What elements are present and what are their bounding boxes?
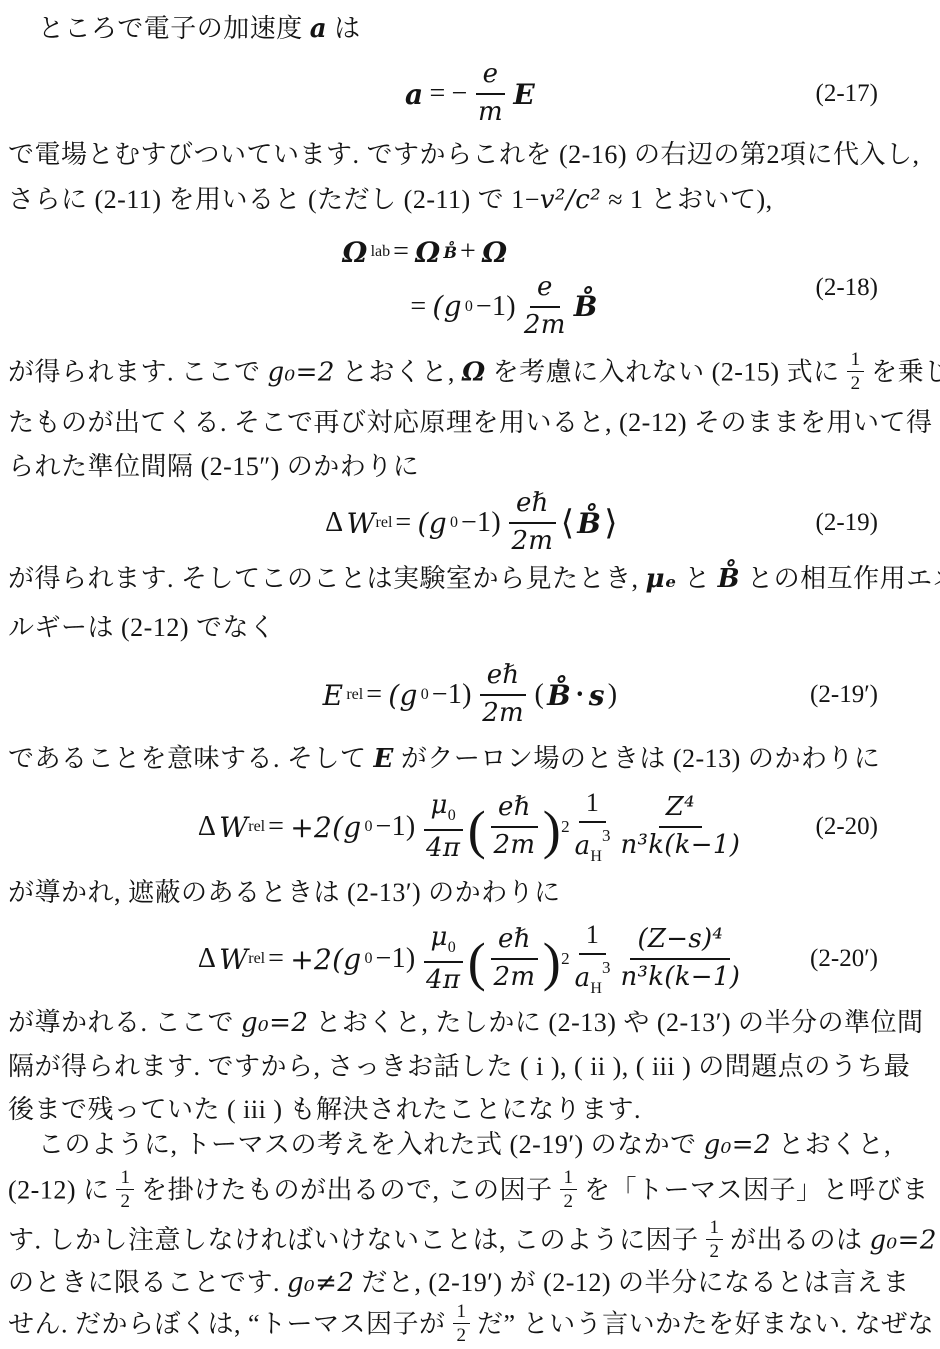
equation-2-19-prime: Erel = (g0−1) eℏ 2m (B̊·s) (2-19′) [0,656,940,734]
text-segment: このように, トーマスの考えを入れた式 (2-19′) のなかで [38,1130,704,1159]
denominator: 2 [120,1190,130,1212]
numerator: μ0 [424,922,463,962]
text-line-16: す. しかし注意しなければいけないことは, このように因子12が出るのは g₀=… [8,1220,936,1266]
denominator: n³k(k−1) [620,828,740,861]
math-var-W: W [219,943,248,976]
math-var-omega: Ω [482,236,507,269]
text-segment: が導かれ, 遮蔽のあるときは (2-13′) のかわりに [8,878,561,907]
text-segment: を乗じ [871,358,940,387]
open-paren-g: (g [388,679,417,712]
text-segment: と [677,564,718,593]
fraction-1-over-aH3: 1 aH3 [575,920,611,998]
text-segment: とおくと, [335,358,462,387]
text-line-17: のときに限ることです. g₀≠2 だと, (2-19′) が (2-12) の半… [8,1266,936,1300]
subscript-B-ring: B̊ [443,243,457,262]
math-inline-g0: g₀=2 [870,1226,937,1256]
denominator: m [478,95,503,128]
math-var-omega: Ω [415,236,440,269]
subscript-0: 0 [421,686,429,704]
text-line-6: られた準位間隔 (2-15″) のかわりに [8,450,936,484]
math-var-omega: Ω [342,236,367,269]
numerator: eℏ [491,793,538,828]
text-segment: とおくと, [771,1130,891,1159]
inline-fraction-half: 12 [453,1301,471,1347]
subscript-lab: lab [371,243,391,261]
text-segment: さらに (2-11) を用いると (ただし (2-11) で [8,185,511,214]
numerator: 1 [579,920,606,955]
plus-2-open-paren-g: +2(g [290,811,361,844]
text-segment: ルギーは (2-12) でなく [8,613,275,642]
open-paren-g: (g [432,290,461,323]
fraction-Zs4-over-n3k: (Z−s)⁴ n³k(k−1) [620,925,740,993]
equation-2-17: a = − e m E (2-17) [0,52,940,136]
denominator: aH3 [575,955,611,998]
math-var-E: E [323,679,344,712]
numerator: 1 [706,1217,724,1240]
delta-symbol: Δ [325,507,343,539]
math-var-B-ring: B̊ [577,507,601,540]
text-segment: とおいて), [644,185,773,214]
equation-2-19: ΔWrel = (g0−1) eℏ 2m ⟨B̊⟩ (2-19) [0,486,940,560]
equation-number-2-19: (2-19) [816,509,878,537]
open-paren: ( [534,679,544,711]
subscript-0: 0 [465,298,473,316]
text-segment: が出るのは [730,1226,870,1255]
text-line-12: 隔が得られます. ですから, さっきお話した ( i ), ( ii ), ( … [8,1050,936,1084]
text-segment: を「トーマス因子」と呼びま [584,1176,929,1205]
subscript-H: H [590,848,602,865]
numerator: 1 [453,1301,471,1324]
subscript-rel: rel [346,686,363,704]
text-segment: がクーロン場のときは (2-13) のかわりに [394,744,880,773]
numerator: 1 [560,1167,578,1190]
fraction-Z4-over-n3k: Z⁴ n³k(k−1) [620,793,740,861]
textbook-page: ところで電子の加速度 a は a = − e m E (2-17) で電場とむす… [0,0,940,1349]
inline-fraction-half: 12 [116,1167,134,1213]
denominator: n³k(k−1) [620,960,740,993]
equals-sign: = [366,679,382,711]
math-var-s: s [589,679,605,712]
math-inline-g0: g₀=2 [241,1008,308,1038]
text-segment: 後まで残っていた ( iii ) も解決されたことになります. [8,1095,641,1124]
text-segment: が導かれる. ここで [8,1008,241,1037]
text-segment: は [327,14,361,43]
math-var-mu: μ [431,922,448,952]
equals-sign: = [268,943,284,975]
math-inline-g0: g₀=2 [704,1130,771,1160]
numerator: eℏ [480,661,527,696]
equation-number-2-19-prime: (2-19′) [810,681,878,709]
exponent-2: 2 [561,817,570,837]
equation-number-2-20-prime: (2-20′) [810,945,878,973]
denominator: 2m [494,960,536,993]
equation-number-2-17: (2-17) [816,80,878,108]
denominator: 4π [426,831,460,864]
subscript-0: 0 [448,807,456,824]
text-segment: たものが出てくる. そこで再び対応原理を用いると, (2-12) そのままを用い… [8,408,932,437]
math-var-E: E [513,78,535,111]
equation-line-1: Ωlab = ΩB̊ + Ω [339,236,510,269]
text-line-9: であることを意味する. そして E がクーロン場のときは (2-13) のかわり… [8,742,936,776]
open-paren-g: (g [418,507,447,540]
delta-symbol: Δ [198,943,216,975]
fraction-e-over-2m: e 2m [524,273,566,341]
equals-sign: = [268,811,284,843]
numerator: e [476,60,506,95]
math-var-W: W [219,811,248,844]
minus-one-paren: −1) [376,811,416,843]
inline-fraction-half: 12 [847,349,865,395]
text-segment: であることを意味する. そして [8,744,374,773]
text-line-1: ところで電子の加速度 a は [8,12,936,46]
fraction-1-over-aH3: 1 aH3 [575,788,611,866]
numerator: eℏ [491,925,538,960]
exponent-2: 2 [561,949,570,969]
denominator: 4π [426,963,460,996]
text-line-7: が得られます. そしてこのことは実験室から見たとき, μₑ と B̊ との相互作… [8,562,936,596]
text-segment: を掛けたものが出るので, この因子 [141,1176,553,1205]
text-line-4: が得られます. ここで g₀=2 とおくと, Ω を考慮に入れない (2-15)… [8,352,936,398]
minus-one-paren: −1) [476,291,516,323]
numerator: μ0 [424,790,463,830]
math-var-B-ring: B̊ [718,564,740,594]
equation-number-2-18: (2-18) [816,274,878,302]
denominator: 2 [457,1324,467,1346]
fraction-ehbar-over-2m: eℏ 2m [491,925,538,993]
math-inline: 1− [511,185,540,214]
numerator: 1 [847,349,865,372]
math-var-a: a [310,14,327,44]
denominator: 2 [710,1240,720,1262]
denominator: 2 [564,1190,574,1212]
text-segment: だ” という言いかたを好まない. なぜな [477,1310,934,1339]
subscript-rel: rel [248,818,265,836]
numerator: Z⁴ [659,793,702,828]
minus-one-paren: −1) [461,507,501,539]
text-segment: を考慮に入れない (2-15) 式に [486,358,840,387]
math-inline-g0: g₀=2 [268,358,335,388]
fraction-ehbar-over-2m: eℏ 2m [509,489,556,557]
text-line-15: (2-12) に12を掛けたものが出るので, この因子12を「トーマス因子」と呼… [8,1170,936,1216]
delta-symbol: Δ [198,811,216,843]
subscript-0: 0 [448,939,456,956]
equation-2-18: Ωlab = ΩB̊ + Ω = (g0−1) e 2m B̊ (2-18) [0,230,940,346]
text-segment: ところで電子の加速度 [38,14,310,43]
subscript-0: 0 [365,818,373,836]
math-var-mu-e: μₑ [646,564,678,594]
exponent-3: 3 [602,958,611,977]
text-segment: 隔が得られます. ですから, さっきお話した ( i ), ( ii ), ( … [8,1052,910,1081]
inline-fraction-half: 12 [560,1167,578,1213]
equals-sign: = [393,236,409,268]
equation-stack: Ωlab = ΩB̊ + Ω = (g0−1) e 2m B̊ [339,236,600,341]
inline-fraction-half: 12 [706,1217,724,1263]
text-line-8: ルギーは (2-12) でなく [8,611,936,645]
numerator: (Z−s)⁴ [630,925,730,960]
equation-2-20-prime: ΔWrel = +2(g0−1) μ0 4π ( eℏ 2m )2 1 aH3 … [0,914,940,1004]
plus-2-open-paren-g: +2(g [290,943,361,976]
subscript-rel: rel [376,514,393,532]
text-segment: だと, (2-19′) が (2-12) の半分になるとは言えま [354,1268,909,1297]
math-var-mu: μ [431,790,448,820]
math-var-B-ring: B̊ [547,679,571,712]
math-inline: ≈ 1 [601,185,643,214]
text-line-2: で電場とむすびついています. ですからこれを (2-16) の右辺の第2項に代入… [8,138,936,172]
text-segment: す. しかし注意しなければいけないことは, このように因子 [8,1226,699,1255]
equals-sign: = [429,78,445,110]
text-segment: が得られます. ここで [8,358,268,387]
math-inline-g0-neq: g₀≠2 [287,1268,354,1298]
text-segment: (2-12) に [8,1176,109,1205]
equation-line-2: = (g0−1) e 2m B̊ [339,273,600,341]
numerator: eℏ [509,489,556,524]
subscript-0: 0 [365,950,373,968]
fraction-ehbar-over-2m: eℏ 2m [480,661,527,729]
fraction-e-over-m: e m [476,60,506,128]
close-paren: ) [608,679,618,711]
equals-sign: = [395,507,411,539]
text-segment: が得られます. そしてこのことは実験室から見たとき, [8,564,646,593]
numerator: 1 [579,788,606,823]
plus-sign: + [460,236,476,268]
fraction-mu0-over-4pi: μ0 4π [424,790,463,863]
text-segment: のときに限ることです. [8,1268,287,1297]
subscript-rel: rel [248,950,265,968]
math-var-a: a [575,963,591,993]
text-segment: とおくと, たしかに (2-13) や (2-13′) の半分の準位間 [308,1008,923,1037]
fraction-mu0-over-4pi: μ0 4π [424,922,463,995]
text-line-14: このように, トーマスの考えを入れた式 (2-19′) のなかで g₀=2 とお… [8,1128,936,1162]
subscript-0: 0 [450,514,458,532]
minus-sign: − [452,78,468,110]
text-segment: せん. だからぼくは, “トーマス因子が [8,1310,446,1339]
math-var-W: W [346,507,375,540]
math-var-omega: Ω [462,358,486,388]
equals-sign: = [410,291,426,323]
minus-one-paren: −1) [376,943,416,975]
text-segment: で電場とむすびついています. ですからこれを (2-16) の右辺の第2項に代入… [8,140,919,169]
text-line-11: が導かれる. ここで g₀=2 とおくと, たしかに (2-13) や (2-1… [8,1006,936,1040]
minus-one-paren: −1) [432,679,472,711]
text-segment: られた準位間隔 (2-15″) のかわりに [8,452,419,481]
denominator: 2m [511,524,553,557]
denominator: 2m [482,696,524,729]
math-var-B-ring: B̊ [574,290,598,323]
exponent-3: 3 [602,826,611,845]
text-segment: との相互作用エネ [740,564,940,593]
dot-product: · [575,679,585,711]
numerator: 1 [116,1167,134,1190]
text-line-18: せん. だからぼくは, “トーマス因子が12だ” という言いかたを好まない. な… [8,1304,936,1349]
math-inline: v²/c² [540,185,601,215]
text-line-3: さらに (2-11) を用いると (ただし (2-11) で 1−v²/c² ≈… [8,183,936,217]
math-var-E: E [374,744,394,774]
denominator: aH3 [575,823,611,866]
text-line-13: 後まで残っていた ( iii ) も解決されたことになります. [8,1093,936,1127]
equation-2-20: ΔWrel = +2(g0−1) μ0 4π ( eℏ 2m )2 1 aH3 … [0,782,940,872]
subscript-H: H [590,980,602,997]
equation-number-2-20: (2-20) [816,813,878,841]
math-var-a: a [575,831,591,861]
text-line-5: たものが出てくる. そこで再び対応原理を用いると, (2-12) そのままを用い… [8,406,936,440]
math-var-a: a [405,78,423,111]
denominator: 2m [524,308,566,341]
numerator: e [530,273,560,308]
denominator: 2 [851,372,861,394]
fraction-ehbar-over-2m: eℏ 2m [491,793,538,861]
text-line-10: が導かれ, 遮蔽のあるときは (2-13′) のかわりに [8,876,936,910]
denominator: 2m [494,828,536,861]
